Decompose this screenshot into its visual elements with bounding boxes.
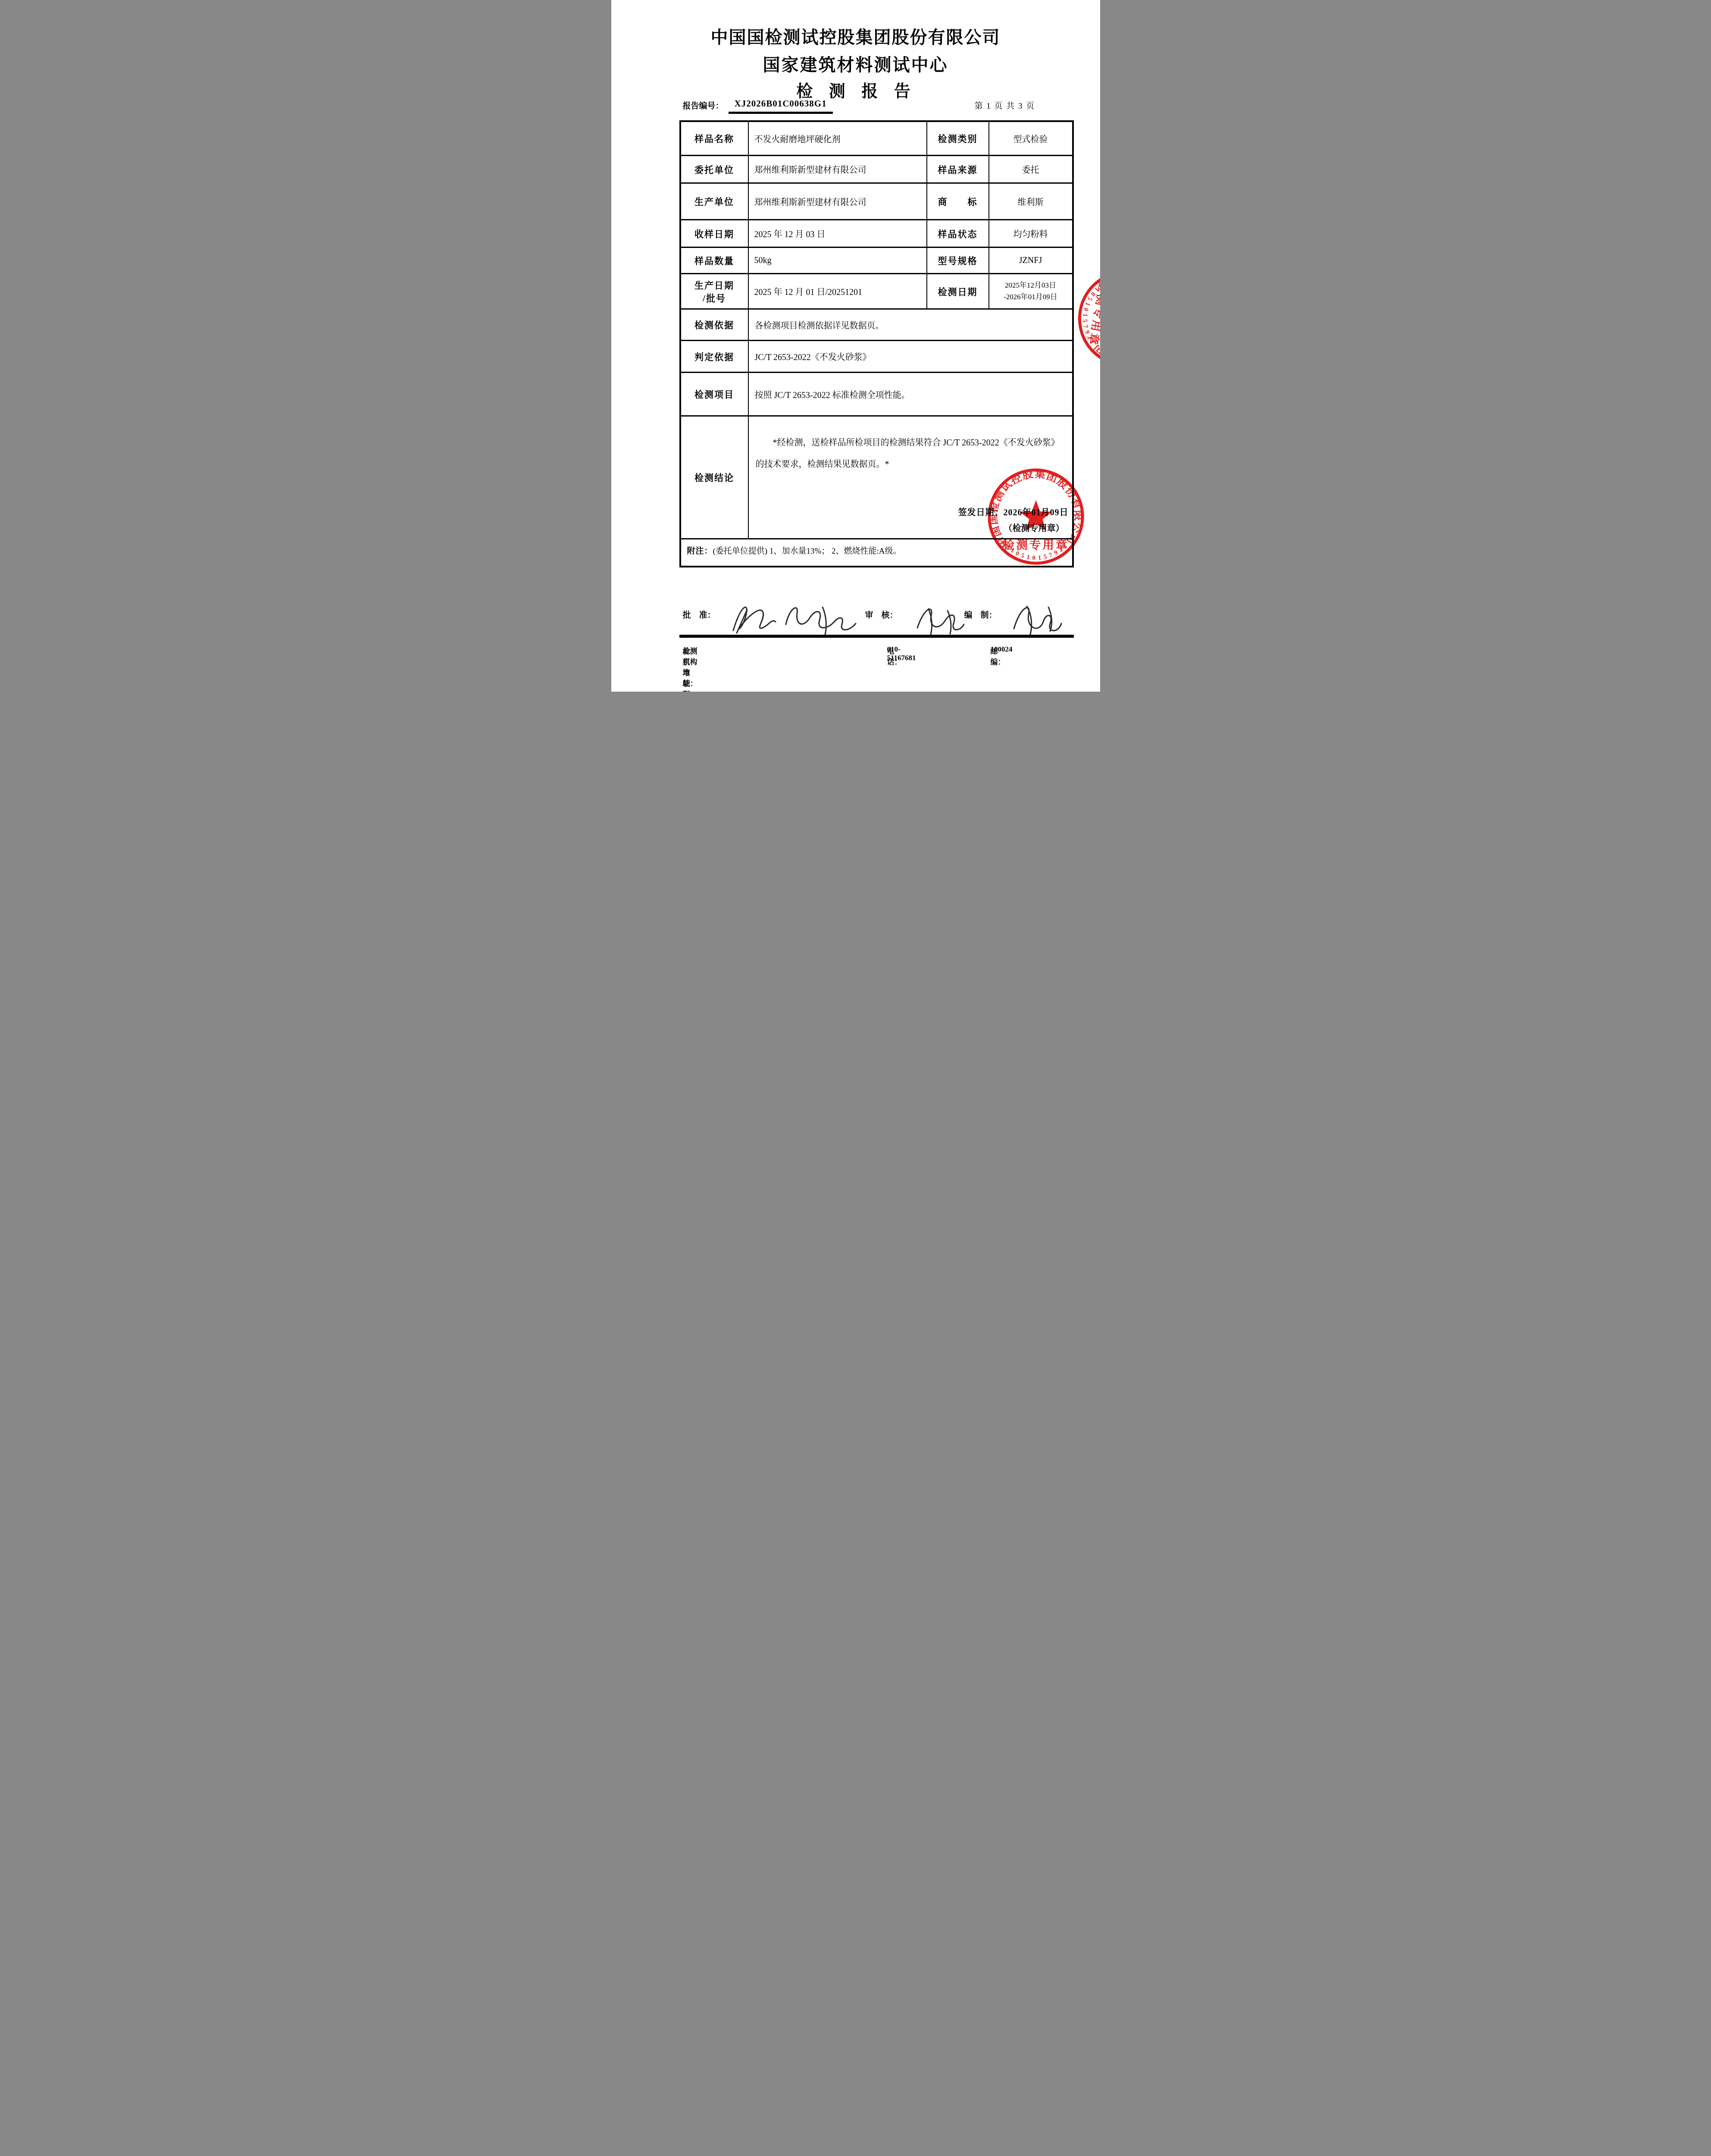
sample-name-value: 不发火耐磨地坪硬化剂 xyxy=(748,122,926,155)
table-row-client: 委托单位 郑州维利斯新型建材有限公司 样品来源 委托 xyxy=(681,155,1072,182)
sample-source-label: 样品来源 xyxy=(926,156,988,182)
conclusion-label: 检测结论 xyxy=(681,417,748,538)
model-spec-label: 型号规格 xyxy=(926,248,988,273)
report-number-label: 报告编号： xyxy=(683,100,724,111)
table-row-judgement-basis: 判定依据 JC/T 2653-2022《不发火砂浆》 xyxy=(681,340,1072,372)
test-items-label: 检测项目 xyxy=(681,373,748,415)
sample-state-label: 样品状态 xyxy=(926,220,988,247)
sample-source-value: 委托 xyxy=(988,156,1072,182)
approver-signature xyxy=(721,597,866,640)
test-category-label: 检测类别 xyxy=(926,122,988,155)
table-row-quantity: 样品数量 50kg 型号规格 JZNFJ xyxy=(681,247,1072,273)
preparer-signature xyxy=(1007,598,1065,640)
footer-divider xyxy=(679,635,1074,638)
seal-star-icon xyxy=(1020,500,1052,531)
approve-label: 批 准： xyxy=(683,609,716,620)
table-row-test-basis: 检测依据 各检测项目检测依据详见数据页。 xyxy=(681,308,1072,340)
production-date-value: 2025 年 12 月 01 日/20251201 xyxy=(748,274,926,308)
test-category-value: 型式检验 xyxy=(988,122,1072,155)
report-number-value: XJ2026B01C00638G1 xyxy=(729,98,833,114)
test-basis-value: 各检测项目检测依据详见数据页。 xyxy=(748,310,1072,340)
manufacturer-value: 郑州维利斯新型建材有限公司 xyxy=(748,184,926,219)
report-page: 中国国检测试控股集团股份有限公司 国家建筑材料测试中心 检 测 报 告 报告编号… xyxy=(611,0,1100,692)
manufacturer-label: 生产单位 xyxy=(681,184,748,219)
test-date-value: 2025年12月03日 -2026年01月09日 xyxy=(988,274,1072,308)
table-row-receive-date: 收样日期 2025 年 12 月 03 日 样品状态 均匀粉料 xyxy=(681,219,1072,247)
table-row-manufacturer: 生产单位 郑州维利斯新型建材有限公司 商 标 维利斯 xyxy=(681,182,1072,219)
footer-info: 检测机构地址：北京市朝阳区管庄东里 1 号 电话：010-51167681 邮编… xyxy=(611,645,1100,658)
client-value: 郑州维利斯新型建材有限公司 xyxy=(748,156,926,182)
sample-name-label: 样品名称 xyxy=(681,122,748,155)
judgement-basis-label: 判定依据 xyxy=(681,341,748,372)
sample-state-value: 均匀粉料 xyxy=(988,220,1072,247)
table-row-production-date: 生产日期 /批号 2025 年 12 月 01 日/20251201 检测日期 … xyxy=(681,273,1072,308)
remark-text: (委托单位提供) 1、加水量13%； 2、燃烧性能:A级。 xyxy=(713,547,901,556)
sample-quantity-value: 50kg xyxy=(748,248,926,273)
receive-date-label: 收样日期 xyxy=(681,220,748,247)
prepare-label: 编 制： xyxy=(964,609,997,620)
judgement-basis-value: JC/T 2653-2022《不发火砂浆》 xyxy=(748,341,1072,372)
inspection-seal-stamp: 中国国检测试控股集团股份有限公司 检测专用章 11010510157921 xyxy=(985,466,1087,570)
production-date-label: 生产日期 /批号 xyxy=(681,274,748,308)
receive-date-value: 2025 年 12 月 03 日 xyxy=(748,220,926,247)
seal-icon: 中国国检测试控股集团股份有限公司 检测专用章 11010510157921 xyxy=(985,466,1087,567)
review-label: 审 核： xyxy=(865,609,898,620)
trademark-label: 商 标 xyxy=(926,184,988,219)
report-number-line: 报告编号： XJ2026B01C00638G1 第 1 页 共 3 页 xyxy=(611,98,1100,113)
remark-label: 附注： xyxy=(687,547,713,556)
reviewer-signature xyxy=(911,599,967,639)
page-indicator: 第 1 页 共 3 页 xyxy=(975,100,1035,111)
model-spec-value: JZNFJ xyxy=(988,248,1072,273)
report-title: 检 测 报 告 xyxy=(611,78,1100,101)
test-basis-label: 检测依据 xyxy=(681,310,748,340)
sample-quantity-label: 样品数量 xyxy=(681,248,748,273)
company-title: 中国国检测试控股集团股份有限公司 xyxy=(611,24,1100,48)
trademark-value: 维利斯 xyxy=(988,184,1072,219)
table-row-test-items: 检测项目 按照 JC/T 2653-2022 标准检测全项性能。 xyxy=(681,372,1072,415)
test-center-title: 国家建筑材料测试中心 xyxy=(611,51,1100,76)
test-items-value: 按照 JC/T 2653-2022 标准检测全项性能。 xyxy=(748,373,1072,415)
table-row-sample-name: 样品名称 不发火耐磨地坪硬化剂 检测类别 型式检验 xyxy=(681,122,1072,155)
test-date-label: 检测日期 xyxy=(926,274,988,308)
client-label: 委托单位 xyxy=(681,156,748,182)
